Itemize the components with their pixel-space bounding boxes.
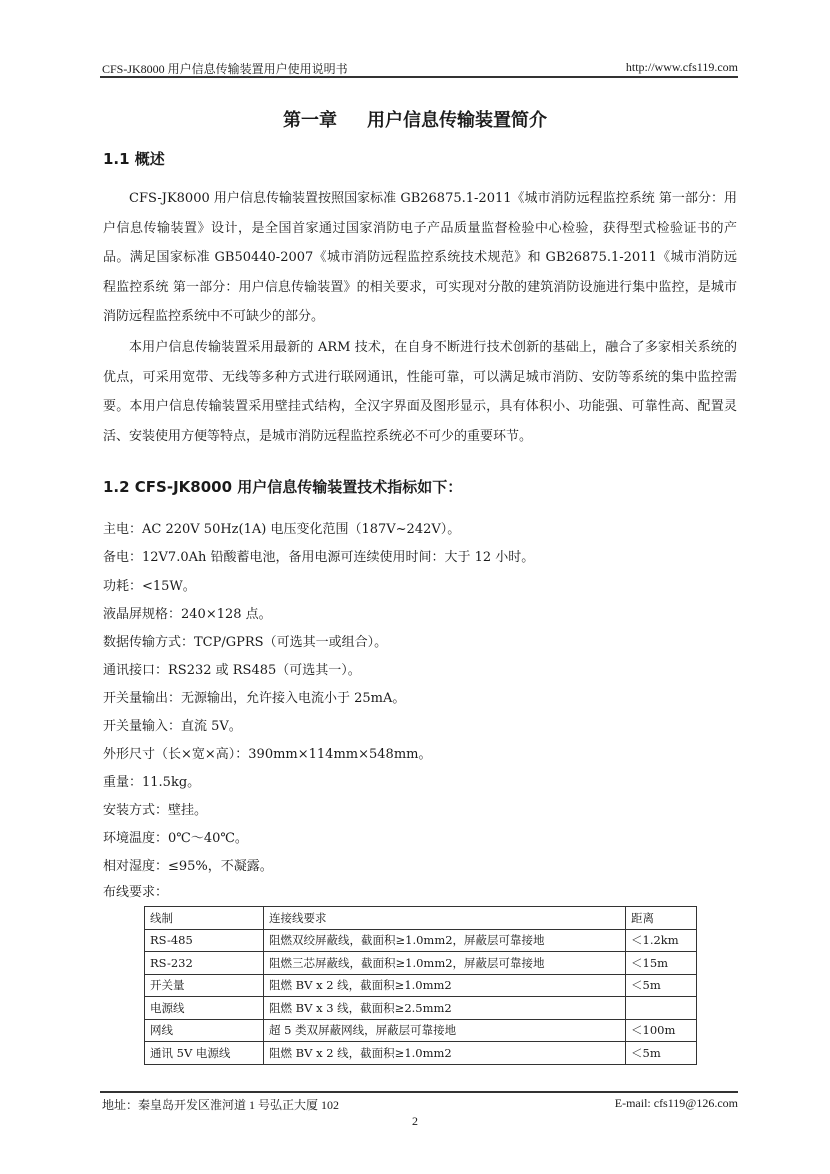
table-cell: RS-232 <box>145 952 264 975</box>
spec-temperature: 环境温度：0℃～40℃。 <box>103 827 248 846</box>
wiring-requirements-table: 线制 连接线要求 距离 RS-485 阻燃双绞屏蔽线，截面积≥1.0mm2，屏蔽… <box>144 906 697 1065</box>
table-cell: ＜5m <box>626 1042 697 1065</box>
table-row: RS-485 阻燃双绞屏蔽线，截面积≥1.0mm2，屏蔽层可靠接地 ＜1.2km <box>145 929 697 952</box>
table-cell: 电源线 <box>145 997 264 1020</box>
spec-dimensions: 外形尺寸（长×宽×高）：390mm×114mm×548mm。 <box>103 743 431 762</box>
table-cell: 网线 <box>145 1019 264 1042</box>
spec-lcd: 液晶屏规格：240×128 点。 <box>103 603 272 622</box>
chapter-number: 第一章 <box>283 110 337 131</box>
table-cell: ＜100m <box>626 1019 697 1042</box>
chapter-title: 第一章用户信息传输装置简介 <box>0 106 830 132</box>
table-cell: 阻燃 BV x 2 线，截面积≥1.0mm2 <box>264 1042 626 1065</box>
table-cell: 阻燃 BV x 2 线，截面积≥1.0mm2 <box>264 974 626 997</box>
spec-comm-interface: 通讯接口：RS232 或 RS485（可选其一）。 <box>103 659 361 678</box>
table-cell: 通讯 5V 电源线 <box>145 1042 264 1065</box>
table-row: 网线 超 5 类双屏蔽网线，屏蔽层可靠接地 ＜100m <box>145 1019 697 1042</box>
table-cell: 超 5 类双屏蔽网线，屏蔽层可靠接地 <box>264 1019 626 1042</box>
chapter-name: 用户信息传输装置简介 <box>367 110 547 131</box>
spec-wiring-label: 布线要求： <box>103 881 168 900</box>
header-rule <box>100 76 738 78</box>
table-header-cell: 距离 <box>626 907 697 930</box>
table-cell: RS-485 <box>145 929 264 952</box>
section-heading-specs: 1.2 CFS-JK8000 用户信息传输装置技术指标如下： <box>103 476 462 497</box>
table-cell: ＜1.2km <box>626 929 697 952</box>
overview-paragraph-1: CFS-JK8000 用户信息传输装置按照国家标准 GB26875.1-2011… <box>103 184 737 332</box>
table-cell: 开关量 <box>145 974 264 997</box>
section-heading-overview: 1.1 概述 <box>103 148 165 169</box>
table-header-row: 线制 连接线要求 距离 <box>145 907 697 930</box>
spec-weight: 重量：11.5kg。 <box>103 771 200 790</box>
table-cell: 阻燃 BV x 3 线，截面积≥2.5mm2 <box>264 997 626 1020</box>
table-cell: 阻燃双绞屏蔽线，截面积≥1.0mm2，屏蔽层可靠接地 <box>264 929 626 952</box>
spec-data-transmission: 数据传输方式：TCP/GPRS（可选其一或组合）。 <box>103 631 387 650</box>
footer-address: 地址：秦皇岛开发区淮河道 1 号弘正大厦 102 <box>102 1096 339 1113</box>
spec-humidity: 相对湿度：≤95%，不凝露。 <box>103 855 273 874</box>
overview-paragraph-2: 本用户信息传输装置采用最新的 ARM 技术，在自身不断进行技术创新的基础上，融合… <box>103 333 737 451</box>
table-row: 通讯 5V 电源线 阻燃 BV x 2 线，截面积≥1.0mm2 ＜5m <box>145 1042 697 1065</box>
table-row: 电源线 阻燃 BV x 3 线，截面积≥2.5mm2 <box>145 997 697 1020</box>
spec-mounting: 安装方式：壁挂。 <box>103 799 207 818</box>
table-row: 开关量 阻燃 BV x 2 线，截面积≥1.0mm2 ＜5m <box>145 974 697 997</box>
table-header-cell: 线制 <box>145 907 264 930</box>
table-cell: ＜5m <box>626 974 697 997</box>
footer-rule <box>100 1091 738 1093</box>
page-number: 2 <box>0 1114 830 1129</box>
table-row: RS-232 阻燃三芯屏蔽线，截面积≥1.0mm2，屏蔽层可靠接地 ＜15m <box>145 952 697 975</box>
running-header-url: http://www.cfs119.com <box>626 60 738 75</box>
spec-switch-output: 开关量输出：无源输出，允许接入电流小于 25mA。 <box>103 687 405 706</box>
spec-backup-power: 备电：12V7.0Ah 铅酸蓄电池，备用电源可连续使用时间：大于 12 小时。 <box>103 546 534 565</box>
footer-email: E-mail: cfs119@126.com <box>615 1096 738 1111</box>
spec-switch-input: 开关量输入：直流 5V。 <box>103 715 242 734</box>
table-cell: ＜15m <box>626 952 697 975</box>
table-header-cell: 连接线要求 <box>264 907 626 930</box>
spec-power-consumption: 功耗：<15W。 <box>103 575 196 594</box>
table-cell: 阻燃三芯屏蔽线，截面积≥1.0mm2，屏蔽层可靠接地 <box>264 952 626 975</box>
running-header-title: CFS-JK8000 用户信息传输装置用户使用说明书 <box>102 60 348 77</box>
spec-main-power: 主电：AC 220V 50Hz(1A) 电压变化范围（187V~242V）。 <box>103 518 460 537</box>
table-cell <box>626 997 697 1020</box>
